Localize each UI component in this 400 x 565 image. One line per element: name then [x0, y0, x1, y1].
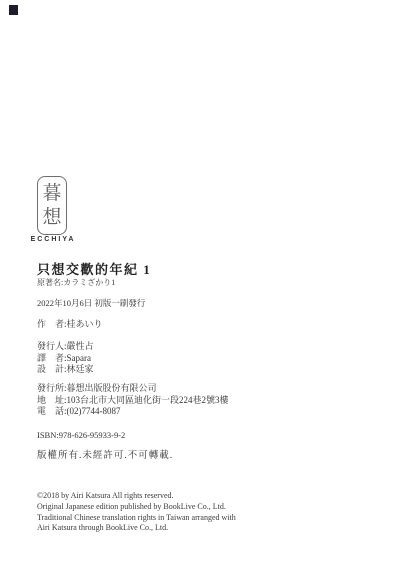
isbn-group: ISBN:978-626-95933-9-2 — [37, 430, 125, 442]
translator-value: Sapara — [67, 353, 92, 363]
phone-row: 電 話:(02)7744-8087 — [37, 406, 229, 418]
book-title: 只想交歡的年紀 1 — [37, 259, 151, 278]
address-label: 地 址: — [37, 395, 67, 405]
designer-row: 設 計:林廷家 — [37, 364, 94, 376]
brand-name: ECCHIYA — [30, 236, 76, 243]
publisher-person-label: 發行人: — [37, 341, 67, 351]
isbn-row: ISBN:978-626-95933-9-2 — [37, 430, 125, 442]
publisher-person-row: 發行人:嚴性占 — [37, 341, 94, 353]
edition-line: 2022年10月6日 初版一刷發行 — [37, 297, 145, 309]
author-group: 作 者:桂あいり — [37, 319, 103, 331]
colophon-page: 暮 想 ECCHIYA 只想交歡的年紀 1 原著名:カラミざかり1 2022年1… — [0, 0, 400, 565]
english-copyright-block: ©2018 by Airi Katsura All rights reserve… — [37, 491, 236, 534]
staff-group: 發行人:嚴性占 譯 者:Sapara 設 計:林廷家 — [37, 341, 94, 376]
english-copyright-line3: Traditional Chinese translation rights i… — [37, 513, 236, 524]
designer-value: 林廷家 — [67, 364, 94, 374]
designer-label: 設 計: — [37, 364, 67, 374]
publisher-seal-logo: 暮 想 — [37, 176, 67, 235]
publisher-group: 發行所:暮想出版股份有限公司 地 址:103台北市大同區迪化街一段224巷2號3… — [37, 383, 229, 418]
office-row: 發行所:暮想出版股份有限公司 — [37, 383, 229, 395]
publisher-person-value: 嚴性占 — [67, 341, 94, 351]
isbn-label: ISBN: — [37, 430, 59, 440]
original-title: 原著名:カラミざかり1 — [37, 277, 115, 288]
address-value: 103台北市大同區迪化街一段224巷2號3樓 — [67, 395, 229, 405]
english-copyright-line1: ©2018 by Airi Katsura All rights reserve… — [37, 491, 236, 502]
author-label: 作 者: — [37, 319, 67, 329]
office-label: 發行所: — [37, 383, 67, 393]
phone-label: 電 話: — [37, 406, 67, 416]
author-row: 作 者:桂あいり — [37, 319, 103, 331]
translator-label: 譯 者: — [37, 353, 67, 363]
office-value: 暮想出版股份有限公司 — [67, 383, 157, 393]
seal-bottom-char: 想 — [42, 206, 61, 230]
address-row: 地 址:103台北市大同區迪化街一段224巷2號3樓 — [37, 395, 229, 407]
english-copyright-line2: Original Japanese edition published by B… — [37, 502, 236, 513]
phone-value: (02)7744-8087 — [67, 406, 121, 416]
english-copyright-line4: Airi Katsura through BookLive Co., Ltd. — [37, 523, 236, 534]
seal-top-char: 暮 — [42, 182, 61, 206]
translator-row: 譯 者:Sapara — [37, 353, 94, 365]
rights-notice: 版權所有.未經許可.不可轉載. — [37, 447, 173, 461]
isbn-value: 978-626-95933-9-2 — [59, 430, 126, 440]
author-value: 桂あいり — [67, 319, 103, 329]
corner-mark-icon — [9, 5, 18, 15]
